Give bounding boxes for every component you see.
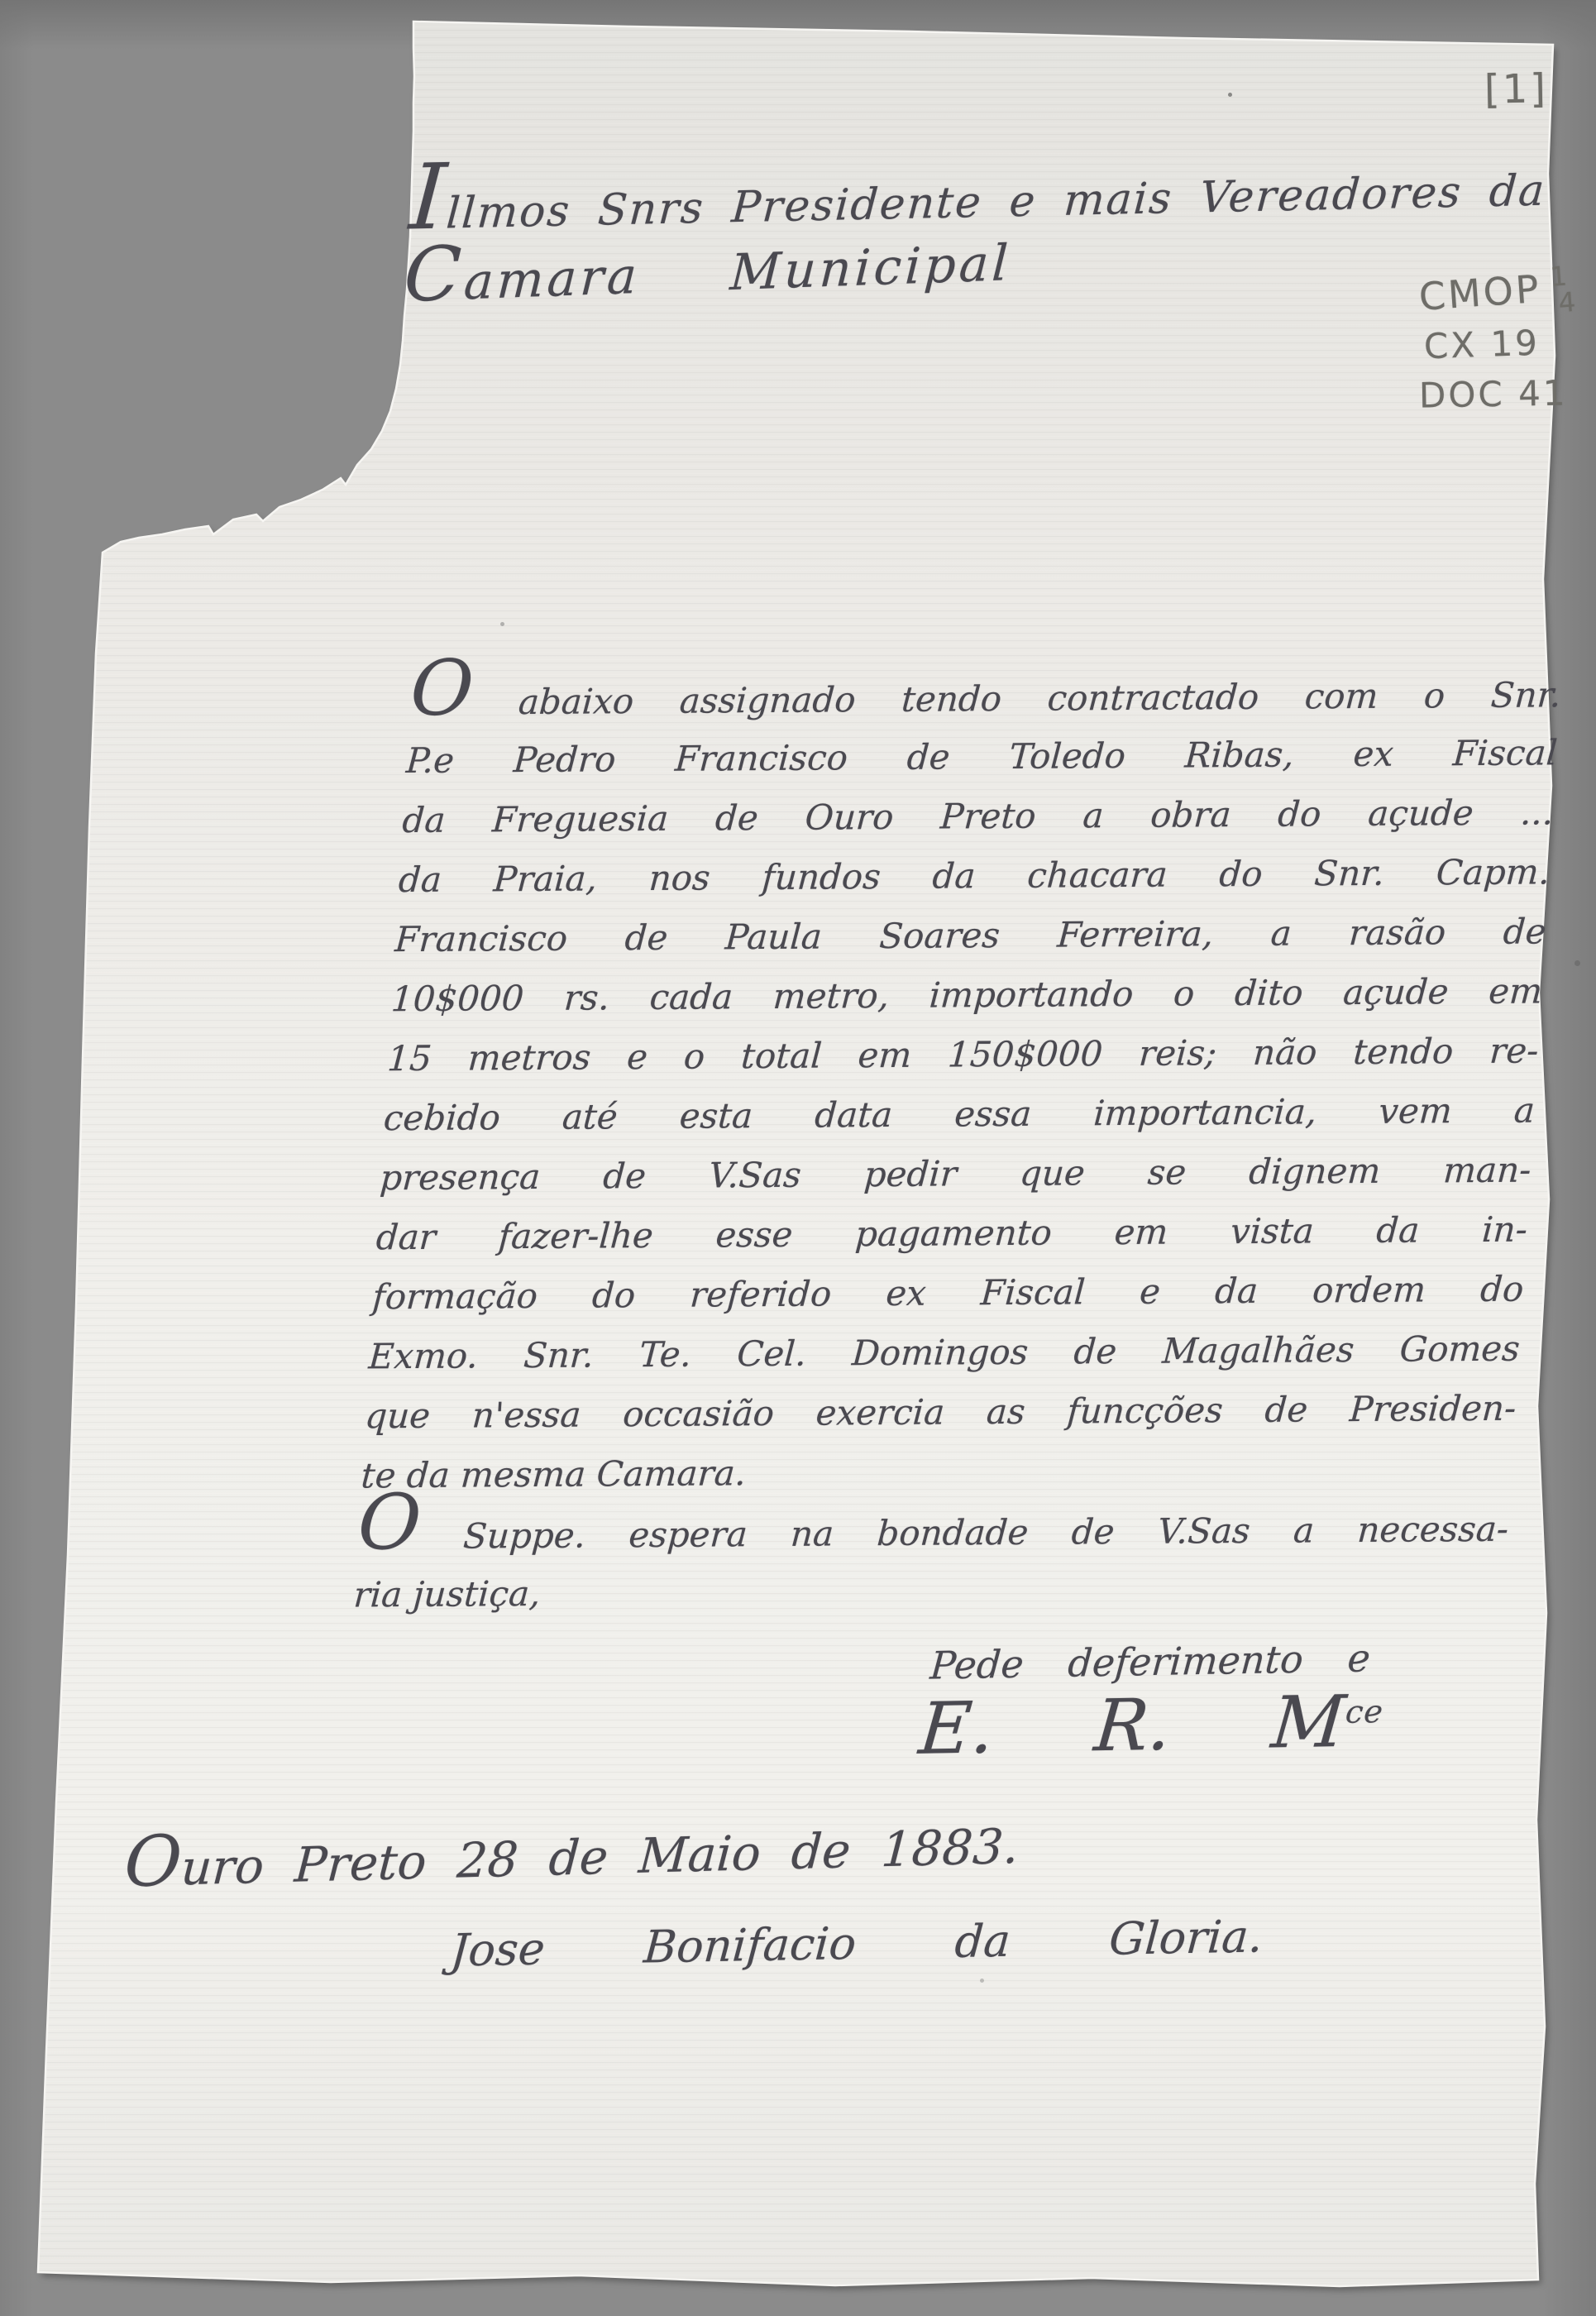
body-line: Francisco de Paula Soares Ferreira, a ra… [393,902,1547,969]
body-line: que n'essa occasião exercia as funcções … [363,1379,1517,1447]
body-line: presença de V.Sas pedir que se dignem ma… [378,1141,1532,1208]
body-line: te da mesma Camara. [360,1438,1514,1506]
collection-fraction: 14 [1541,271,1564,315]
body-text: O abaixo assignado tendo contractado com… [351,663,1562,1625]
body-line: 15 metros e o total em 150$000 reis; não… [385,1021,1540,1089]
body-line: O Suppe. espera na bondade de V.Sas a ne… [356,1498,1510,1566]
closing-request: Pede deferimento e [929,1635,1372,1687]
closing-formula: E. R. Mce [916,1680,1387,1771]
body-line: ria justiça, [351,1558,1506,1625]
body-line: P.e Pedro Francisco de Toledo Ribas, ex … [404,723,1559,791]
scan-background: [1] CMOP14 CX 19 DOC 41 Illmos Snrs Pres… [0,0,1596,2316]
scan-speck [1228,93,1232,97]
body-line: formação do referido ex Fiscal e da orde… [370,1260,1525,1328]
collection-label: CMOP [1417,266,1542,319]
archival-collection-code: CMOP14 [1417,265,1564,323]
closing-formula-main: E. R. M [916,1681,1349,1771]
body-line: cebido até esta data essa importancia, v… [382,1081,1536,1149]
body-line: dar fazer-lhe esse pagamento em vista da… [375,1200,1529,1268]
body-line: Exmo. Snr. Te. Cel. Domingos de Magalhãe… [367,1319,1522,1387]
archival-doc-code: DOC 41 [1419,372,1568,415]
body-line: O abaixo assignado tendo contractado com… [408,663,1562,731]
body-line: 10$000 rs. cada metro, importando o dito… [389,961,1544,1029]
closing-formula-superscript: ce [1344,1693,1385,1730]
archival-box-code: CX 19 [1423,323,1541,367]
archival-page-number: [1] [1484,65,1549,112]
body-line: da Praia, nos fundos da chacara do Snr. … [397,842,1551,910]
body-line: da Freguesia de Ouro Preto a obra do açu… [400,782,1555,850]
